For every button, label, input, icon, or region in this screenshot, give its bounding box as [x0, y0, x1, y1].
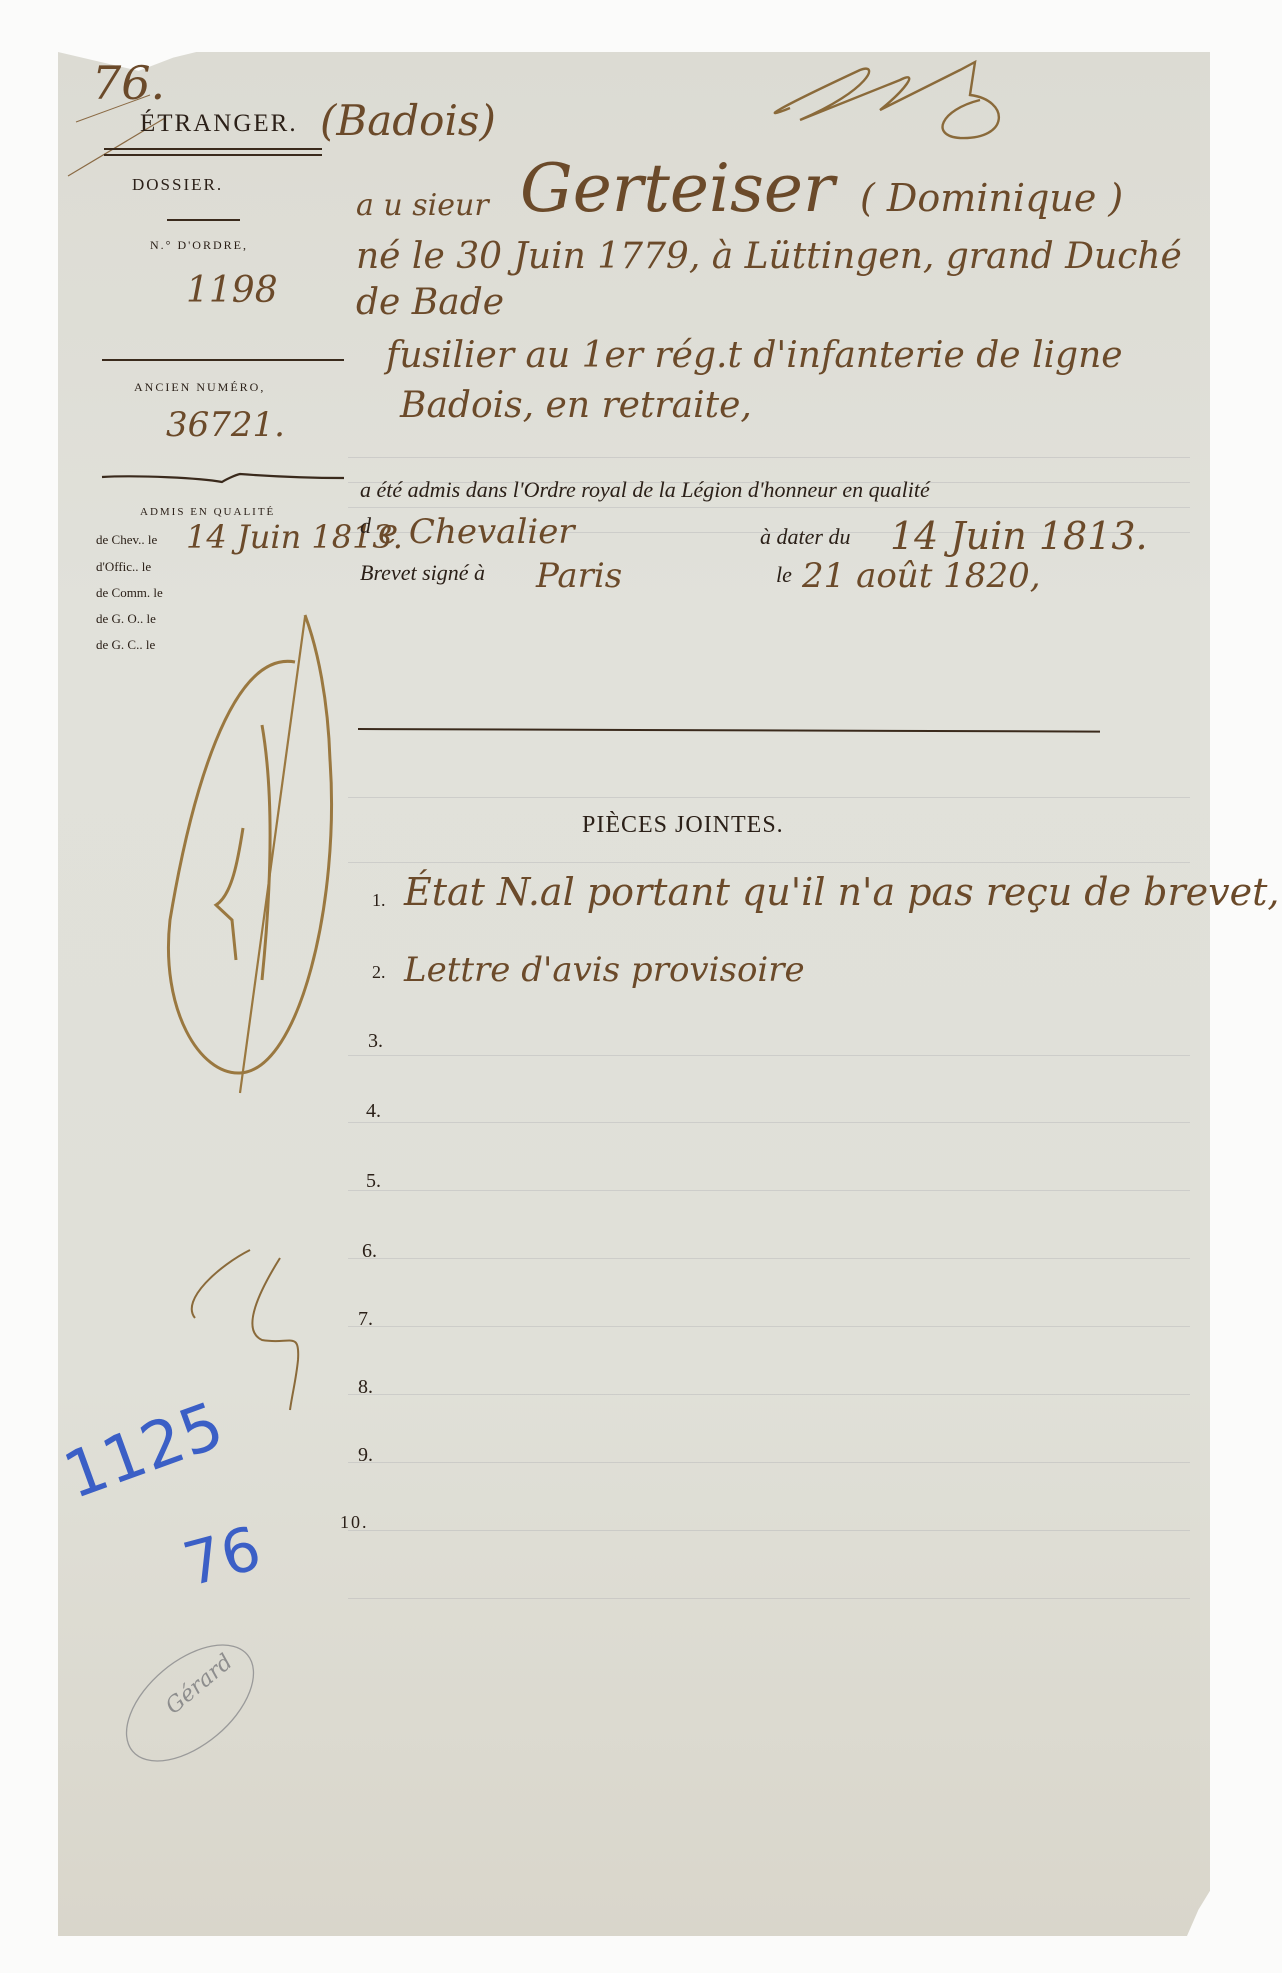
admitted-label: ADMIS EN QUALITÉ [140, 506, 275, 518]
brevet-date-value: 21 août 1820, [802, 556, 1041, 596]
attachment-number: 1. [372, 890, 386, 911]
attachment-number: 5. [366, 1170, 381, 1193]
birth-line: né le 30 Juin 1779, à Lüttingen, grand D… [356, 236, 1182, 277]
category-handwritten: (Badois) [320, 96, 496, 145]
admission-text: a été admis dans l'Ordre royal de la Lég… [360, 477, 930, 503]
attachment-number: 4. [366, 1100, 381, 1123]
former-number-label: ANCIEN NUMÉRO, [134, 380, 265, 395]
date-prefix: à dater du [760, 524, 850, 550]
former-number-value: 36721. [166, 405, 285, 445]
dossier-label: DOSSIER. [132, 175, 223, 195]
attachment-text: État N.al portant qu'il n'a pas reçu de … [404, 870, 1279, 914]
brevet-label: Brevet signé à [360, 560, 485, 586]
attachment-number: 6. [362, 1240, 377, 1263]
pencil-oval-stamp-icon [0, 0, 1, 1]
rank-commandeur-label: de Comm. le [96, 585, 163, 601]
order-number-value: 1198 [186, 270, 278, 311]
attachments-title: PIÈCES JOINTES. [582, 812, 784, 839]
recipient-surname: Gerteiser [520, 150, 835, 227]
brevet-place: Paris [536, 556, 622, 596]
top-annotation: 76. [92, 56, 165, 110]
service-line: fusilier au 1er rég.t d'infanterie de li… [386, 335, 1123, 376]
recipient-prefix: a u sieur [356, 188, 489, 223]
recipient-given-name: ( Dominique ) [860, 176, 1123, 220]
attachment-text: Lettre d'avis provisoire [404, 950, 805, 990]
rank-grand-croix-label: de G. C.. le [96, 637, 155, 653]
attachment-number: 3. [368, 1030, 383, 1053]
quality-value: e Chevalier [378, 512, 575, 552]
quality-prefix: d [360, 513, 371, 539]
double-rule-bottom [104, 154, 322, 156]
attachment-number: 7. [358, 1308, 373, 1331]
service-line-2: Badois, en retraite, [400, 385, 752, 426]
brevet-date-prefix: le [776, 562, 792, 588]
rank-officier-label: d'Offic.. le [96, 559, 151, 575]
date-value: 14 Juin 1813. [890, 514, 1148, 558]
rank-grand-officier-label: de G. O.. le [96, 611, 156, 627]
attachment-number: 2. [372, 962, 386, 983]
dossier-divider [167, 219, 240, 221]
double-rule-top [104, 148, 322, 150]
order-number-label: N.° D'ORDRE, [150, 238, 248, 253]
category-label: ÉTRANGER. [140, 110, 298, 138]
order-divider [102, 359, 344, 361]
birth-line-2: de Bade [356, 282, 504, 323]
attachment-number: 9. [358, 1444, 373, 1467]
rank-chevalier-label: de Chev.. le [96, 532, 157, 548]
attachment-number: 10. [340, 1512, 369, 1533]
attachment-number: 8. [358, 1376, 373, 1399]
